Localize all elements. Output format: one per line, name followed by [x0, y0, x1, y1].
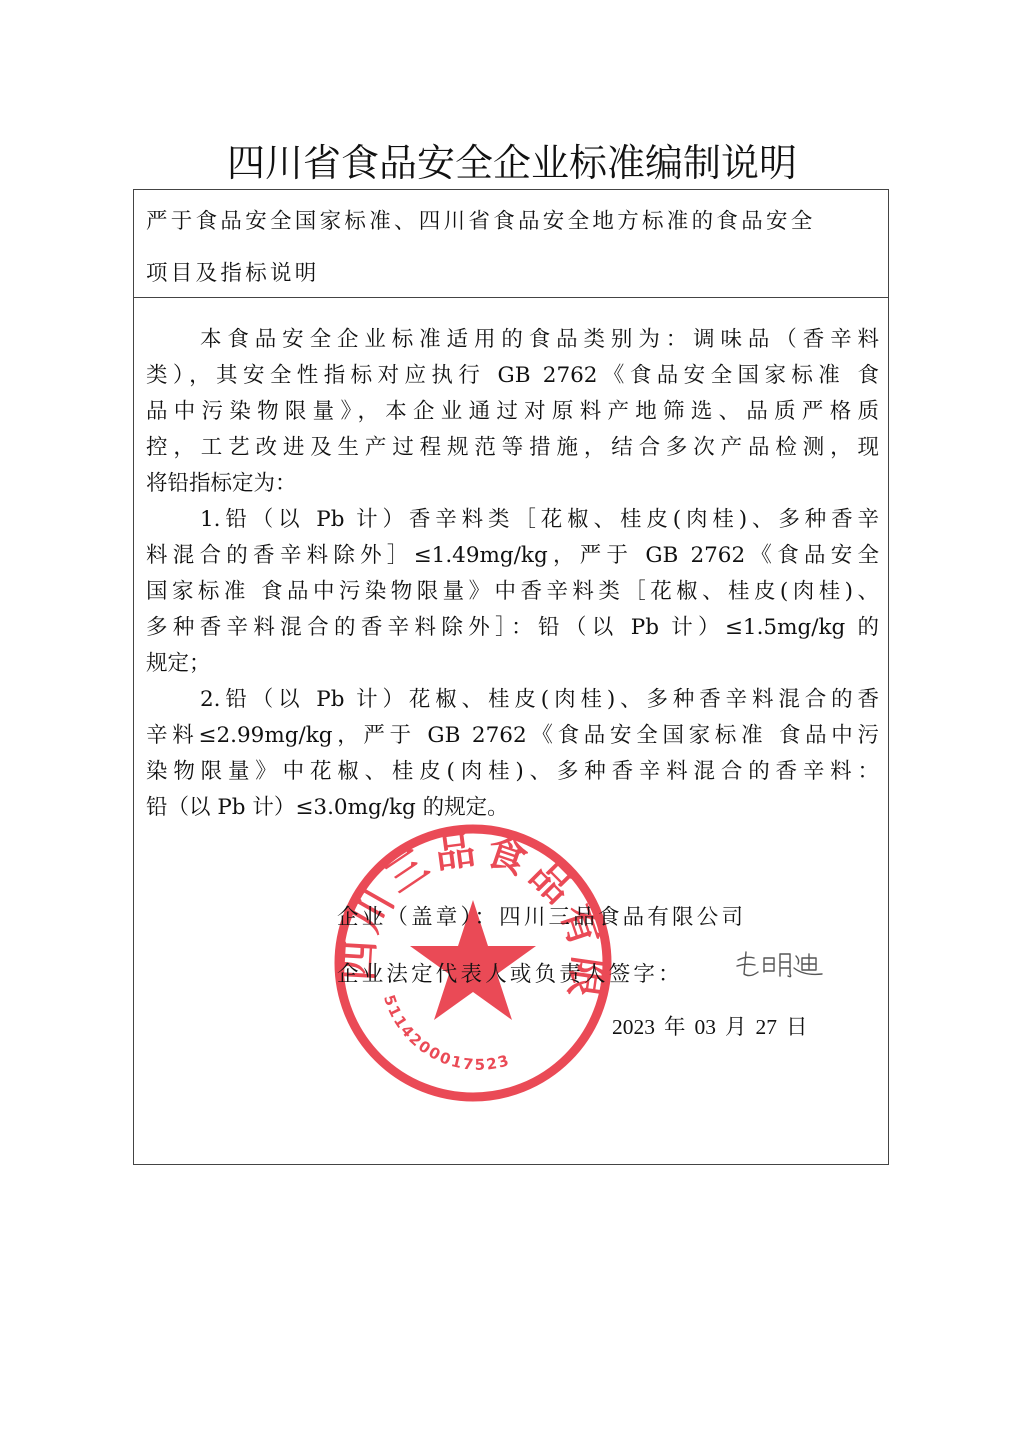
- date-day: 27: [756, 1015, 778, 1039]
- item1-line: 料混合的香辛料除外］≤1.49mg/kg，严于 GB 2762《食品安全: [146, 538, 879, 569]
- company-label: 企业（盖章）：: [337, 905, 499, 930]
- table-header-cell: 严于食品安全国家标准、四川省食品安全地方标准的食品安全 项目及指标说明: [134, 190, 888, 298]
- intro-line: 类），其安全性指标对应执行 GB 2762《食品安全国家标准 食: [146, 358, 879, 389]
- item2-line: 铅（以 Pb 计）≤3.0mg/kg 的规定。: [146, 790, 879, 821]
- representative-label: 企业法定代表人或负责人签字：: [337, 962, 683, 987]
- header-line-2: 项目及指标说明: [146, 256, 320, 287]
- item2-line: 染物限量》中花椒、桂皮(肉桂)、多种香辛料混合的香辛料：: [146, 754, 879, 785]
- representative-signature-line: 企业法定代表人或负责人签字：: [337, 957, 683, 988]
- item2-line: 辛料≤2.99mg/kg，严于 GB 2762《食品安全国家标准 食品中污: [146, 718, 879, 749]
- item1-line: 1.铅（以 Pb 计）香辛料类［花椒、桂皮(肉桂)、多种香辛: [200, 502, 879, 533]
- date-day-unit: 日: [786, 1015, 808, 1039]
- header-line-1: 严于食品安全国家标准、四川省食品安全地方标准的食品安全: [146, 204, 816, 235]
- intro-line: 控，工艺改进及生产过程规范等措施，结合多次产品检测，现: [146, 430, 879, 461]
- intro-line: 本食品安全企业标准适用的食品类别为：调味品（香辛料: [200, 322, 879, 353]
- signoff-date: 2023年03月27日: [612, 1010, 817, 1041]
- date-year: 2023: [612, 1015, 655, 1039]
- item1-line: 国家标准 食品中污染物限量》中香辛料类［花椒、桂皮(肉桂)、: [146, 574, 879, 605]
- intro-line: 将铅指标定为：: [146, 466, 879, 497]
- company-name: 四川三品食品有限公司: [499, 905, 746, 930]
- date-month-unit: 月: [725, 1015, 747, 1039]
- handwritten-signature-icon: [734, 946, 826, 984]
- company-stamp-line: 企业（盖章）：四川三品食品有限公司: [337, 900, 746, 931]
- intro-line: 品中污染物限量》，本企业通过对原料产地筛选、品质严格质: [146, 394, 879, 425]
- document-title: 四川省食品安全企业标准编制说明: [0, 132, 1024, 187]
- item2-line: 2.铅（以 Pb 计）花椒、桂皮(肉桂)、多种香辛料混合的香: [200, 682, 879, 713]
- item1-line: 规定；: [146, 646, 879, 677]
- date-year-unit: 年: [664, 1015, 686, 1039]
- item1-line: 多种香辛料混合的香辛料除外］：铅（以 Pb 计）≤1.5mg/kg 的: [146, 610, 879, 641]
- date-month: 03: [695, 1015, 717, 1039]
